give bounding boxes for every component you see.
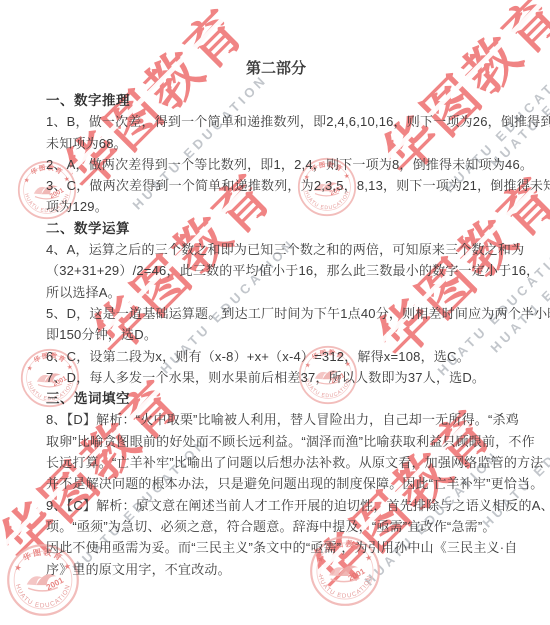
doc-line: 取卵”比喻贪图眼前的好处而不顾长远利益。“涸泽而渔”比喻获取利益只顾眼前，不作	[46, 431, 506, 452]
doc-line: 5、D，这是一道基础运算题。到达工厂时间为下午1点40分，则相差时间应为两个半小…	[46, 303, 506, 324]
doc-line: 8、【D】解析：“火中取栗”比喻被人利用，替人冒险出力，自己却一无所得。“杀鸡	[46, 409, 506, 430]
doc-line: 2、A，做两次差得到一个等比数列，即1，2,4，则下一项为8，倒推得未知项为46…	[46, 154, 506, 175]
doc-line: 1、B，做一次差，得到一个简单和递推数列，即2,4,6,10,16，则下一项为2…	[46, 111, 506, 132]
doc-line: 6、C，设第二段为x，则有（x-8）+x+（x-4）=312，解得x=108，选…	[46, 346, 506, 367]
section-heading: 三、选词填空	[46, 388, 506, 409]
section-heading: 二、数学运算	[46, 218, 506, 239]
answer-key-content: 第二部分 一、数字推理1、B，做一次差，得到一个简单和递推数列，即2,4,6,1…	[0, 0, 550, 625]
doc-line: 长远打算。“亡羊补牢”比喻出了问题以后想办法补救。从原文看，加强网络监管的方法	[46, 452, 506, 473]
document-lines: 一、数字推理1、B，做一次差，得到一个简单和递推数列，即2,4,6,10,16，…	[46, 90, 506, 580]
doc-line: 并不是解决问题的根本办法，只是避免问题出现的制度保障。因此“亡羊补牢”更恰当。	[46, 473, 506, 494]
doc-line: 4、A，运算之后的三个数之和即为已知三个数之和的两倍，可知原来三个数之和为	[46, 239, 506, 260]
doc-line: （32+31+29）/2=46，此三数的平均值小于16，那么此三数最小的数字一定…	[46, 260, 506, 281]
doc-line: 项为129。	[46, 196, 506, 217]
doc-line: 项。“亟须”为急切、必须之意，符合题意。辞海中提及，“亟需”宜改作“急需”。	[46, 516, 506, 537]
doc-line: 未知项为68。	[46, 133, 506, 154]
doc-line: 9、【C】解析：原文意在阐述当前人才工作开展的迫切性，首先排除与之语义相反的A、…	[46, 495, 506, 516]
document-page: 华图教育华图教育华图教育华图教育华图教育华图教育HUATU EDUCATIONH…	[0, 0, 550, 625]
doc-line: 3、C，做两次差得到一个简单和递推数列，为2,3,5，8,13，则下一项为21，…	[46, 175, 506, 196]
doc-line: 因此不使用亟需为妥。而“三民主义”条文中的“亟需”，为引用孙中山《三民主义·自	[46, 537, 506, 558]
page-title: 第二部分	[46, 57, 506, 80]
doc-line: 即150分钟，选D。	[46, 324, 506, 345]
section-heading: 一、数字推理	[46, 90, 506, 111]
doc-line: 7、D，每人多发一个水果，则水果前后相差37，所以人数即为37人，选D。	[46, 367, 506, 388]
doc-line: 序》里的原文用字，不宜改动。	[46, 559, 506, 580]
doc-line: 所以选择A。	[46, 282, 506, 303]
